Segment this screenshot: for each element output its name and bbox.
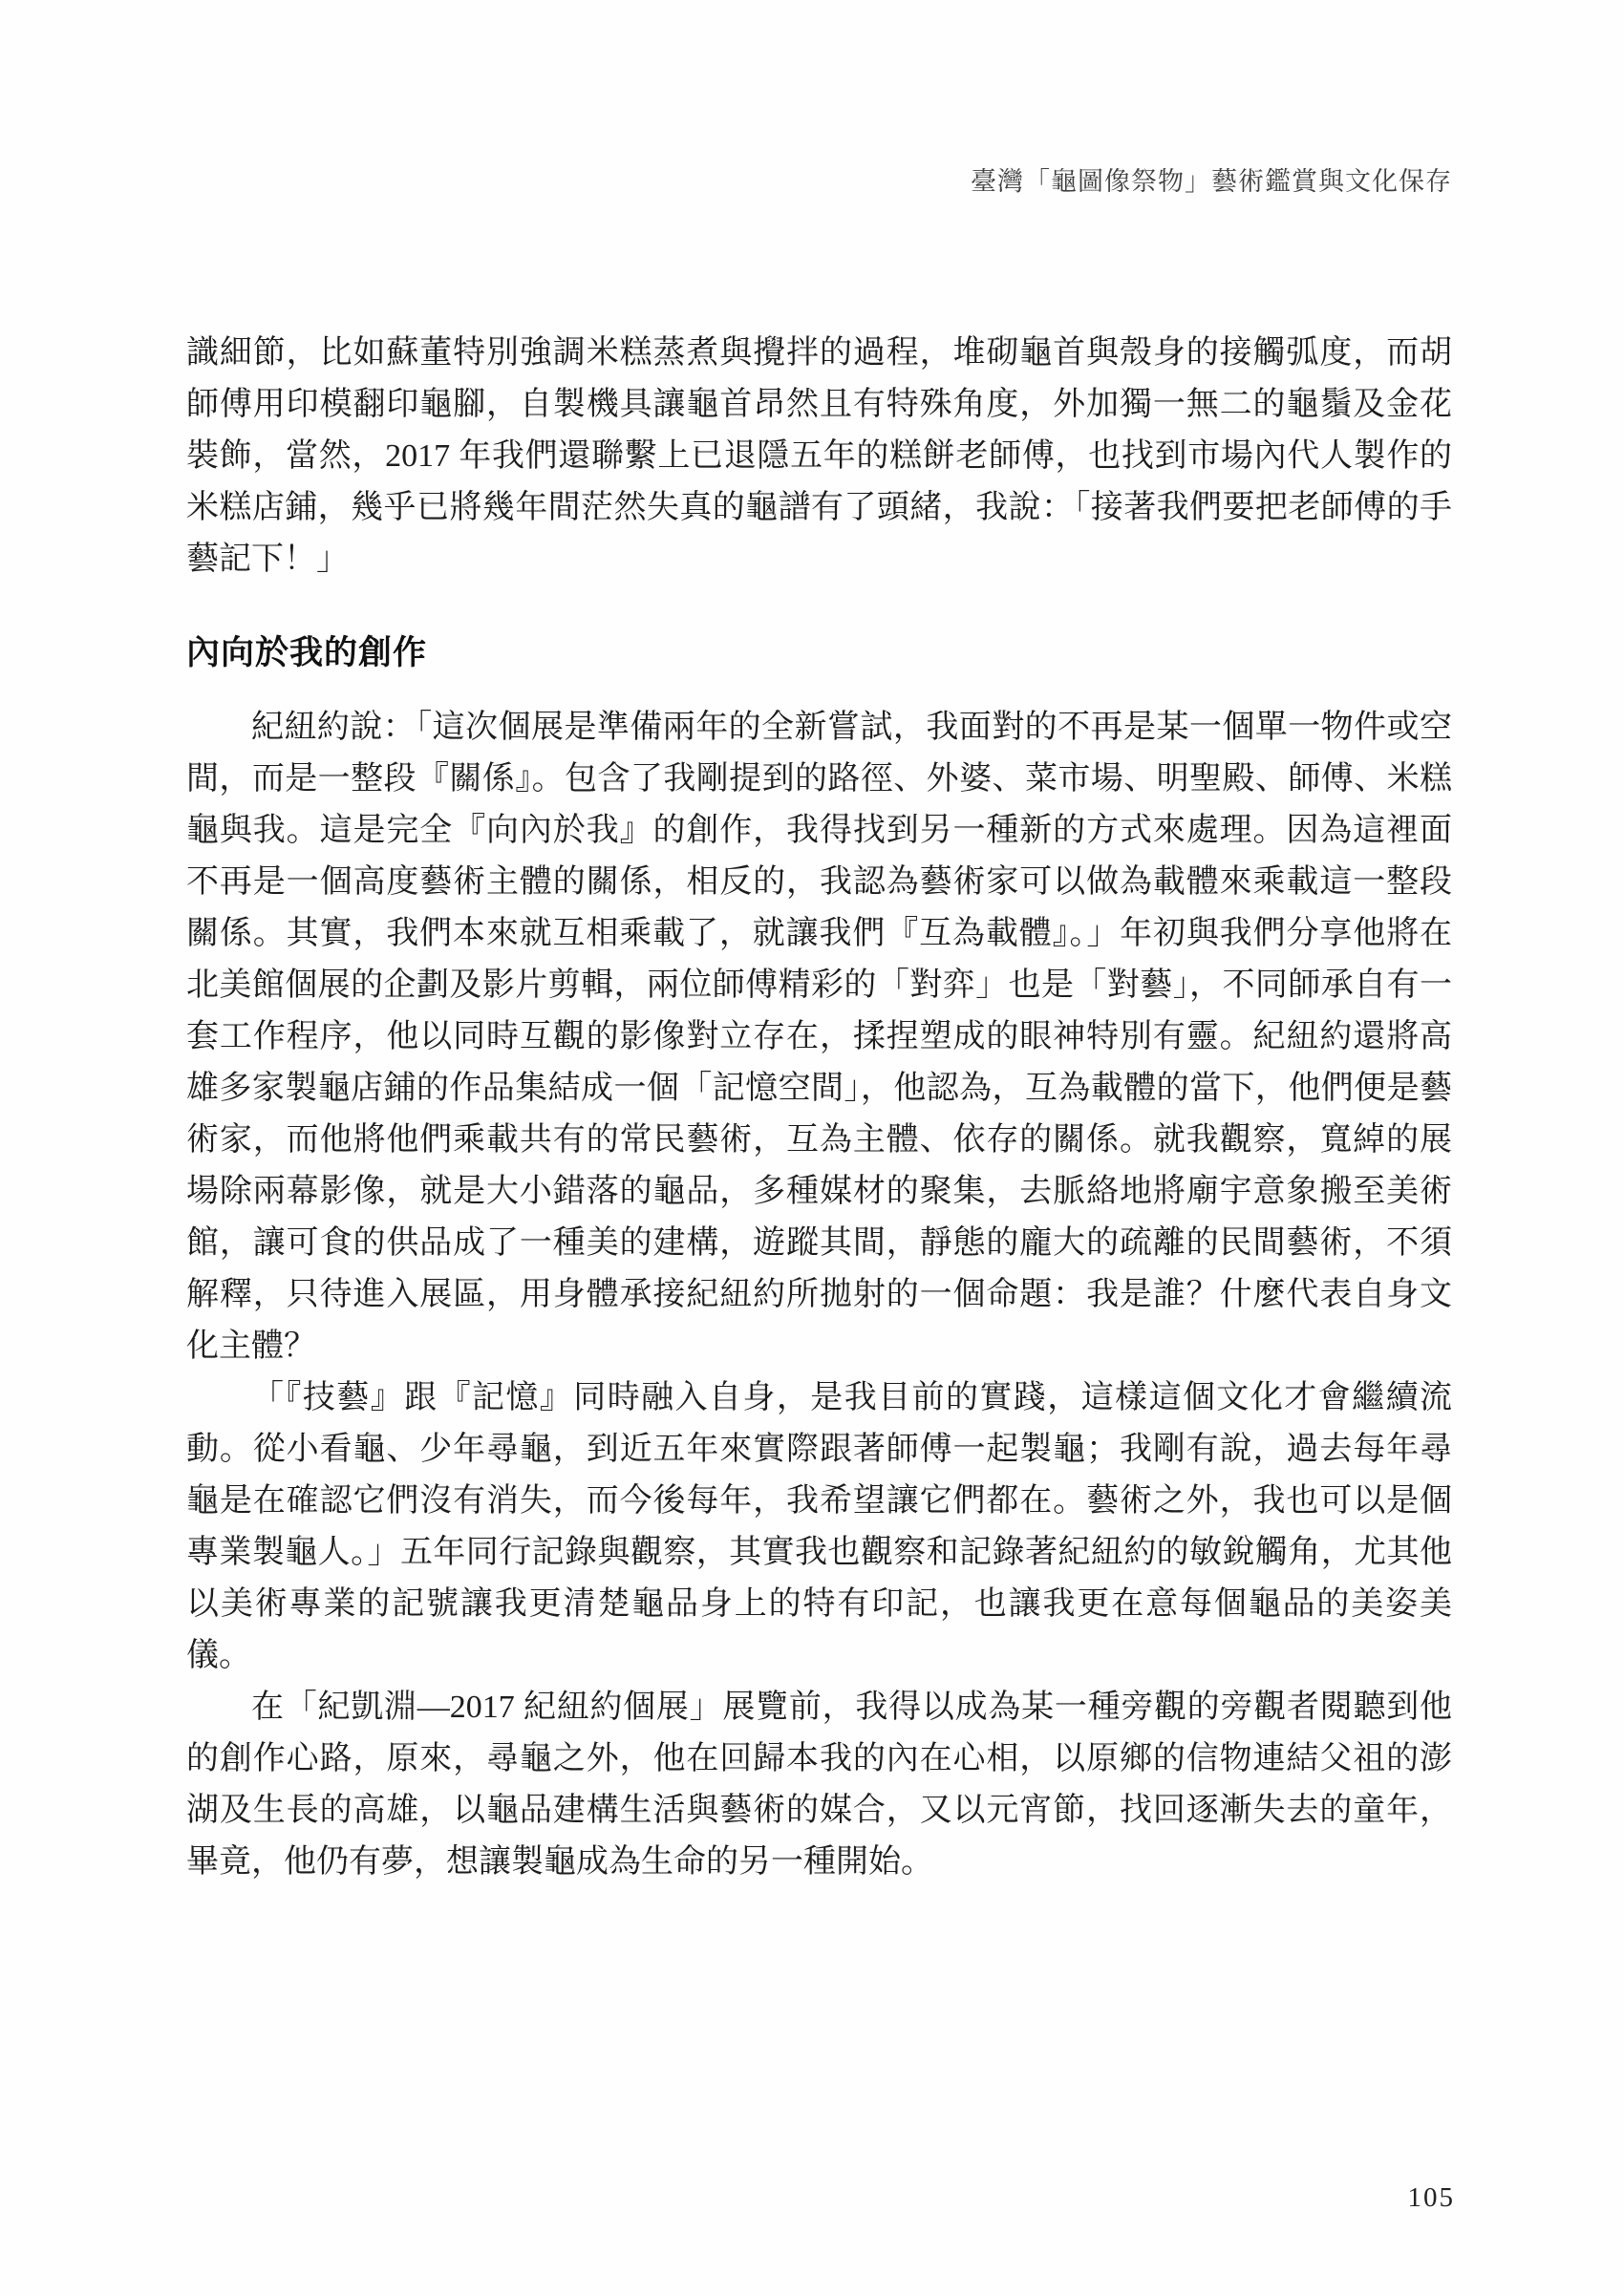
page-body-text: 識細節，比如蘇董特別強調米糕蒸煮與攪拌的過程，堆砌龜首與殼身的接觸弧度，而胡師傅… bbox=[186, 328, 1452, 1888]
book-page: 臺灣「龜圖像祭物」藝術鑑賞與文化保存 識細節，比如蘇董特別強調米糕蒸煮與攪拌的過… bbox=[0, 0, 1624, 2296]
paragraph: 在「紀凱淵—2017 紀紐約個展」展覽前，我得以成為某一種旁觀的旁觀者閱聽到他的… bbox=[186, 1682, 1452, 1888]
paragraph: 紀紐約說：「這次個展是準備兩年的全新嘗試，我面對的不再是某一個單一物件或空間，而… bbox=[186, 702, 1452, 1372]
running-head: 臺灣「龜圖像祭物」藝術鑑賞與文化保存 bbox=[971, 160, 1452, 198]
paragraph-continuation: 識細節，比如蘇董特別強調米糕蒸煮與攪拌的過程，堆砌龜首與殼身的接觸弧度，而胡師傅… bbox=[186, 328, 1452, 585]
page-number: 105 bbox=[1408, 2182, 1456, 2214]
section-heading: 內向於我的創作 bbox=[186, 627, 1452, 679]
paragraph: 「『技藝』跟『記憶』同時融入自身，是我目前的實踐，這樣這個文化才會繼續流動。從小… bbox=[186, 1372, 1452, 1682]
